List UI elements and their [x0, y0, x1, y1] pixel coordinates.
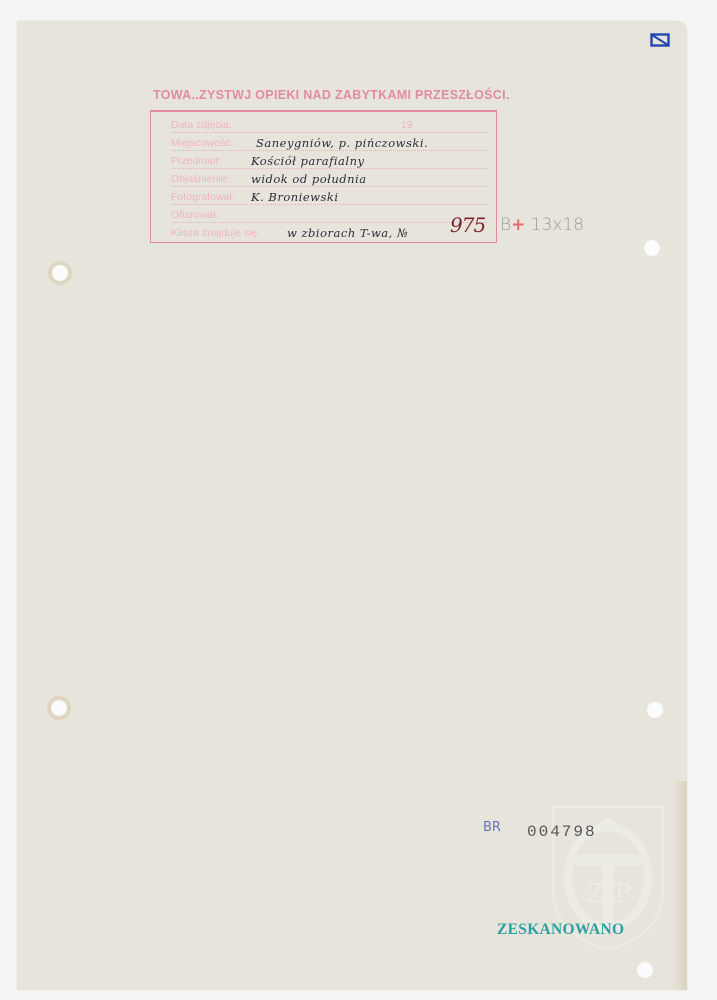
field-label-description: Objaśnienie:: [171, 173, 229, 185]
stamp-row-photographer: Fotografował: K. Broniewski: [171, 188, 488, 205]
punch-hole-right-bottom: [637, 962, 653, 978]
pencil-annotation: B+ 13x18: [500, 215, 584, 235]
punch-hole-left-bottom: [51, 700, 67, 716]
negative-number: 975: [450, 213, 485, 237]
svg-text:P: P: [614, 879, 632, 909]
stamp-row-place: Miejscowość: Saneygniów, p. pińczowski.: [171, 134, 488, 151]
field-label-photographer: Fotografował:: [171, 191, 235, 203]
inventory-prefix: BR: [483, 820, 501, 835]
punch-hole-left-top: [52, 265, 68, 281]
pencil-prefix: B: [500, 215, 511, 235]
stamp-row-date: Data zdjęcia: 19: [171, 116, 488, 133]
svg-text:Z: Z: [586, 879, 604, 909]
field-label-subject: Przedmiot:: [171, 155, 221, 167]
society-stamp-header: TOWA..ZYSTWJ OPIEKI NAD ZABYTKAMI PRZESZ…: [153, 88, 513, 102]
document-card: TOWA..ZYSTWJ OPIEKI NAD ZABYTKAMI PRZESZ…: [17, 21, 687, 990]
field-value-negative: w zbiorach T-wa, №: [287, 226, 408, 240]
field-value-place: Saneygniów, p. pińczowski.: [256, 136, 428, 150]
stamp-row-donor: Ofiarował:: [171, 206, 488, 223]
field-label-place: Miejscowość:: [171, 137, 233, 149]
red-plus-mark: +: [511, 215, 525, 235]
punch-hole-right-top: [644, 240, 660, 256]
field-label-donor: Ofiarował:: [171, 209, 218, 221]
inventory-number: 004798: [527, 823, 597, 841]
scanned-stamp: ZESKANOWANO: [497, 921, 624, 939]
field-value-subject: Kościół parafialny: [251, 154, 364, 168]
field-value-photographer: K. Broniewski: [251, 190, 339, 204]
field-label-date: Data zdjęcia:: [171, 119, 232, 131]
punch-hole-right-middle: [647, 702, 663, 718]
society-stamp-box: Data zdjęcia: 19 Miejscowość: Saneygniów…: [150, 110, 497, 243]
field-label-negative: Klisza znajduje się:: [171, 227, 260, 239]
corner-box-mark-icon: [650, 33, 670, 47]
field-value-description: widok od południa: [251, 172, 367, 186]
stamp-row-subject: Przedmiot: Kościół parafialny: [171, 152, 488, 169]
stamp-row-negative: Klisza znajduje się: w zbiorach T-wa, №: [171, 224, 488, 240]
pencil-size: 13x18: [531, 215, 584, 235]
stamp-row-description: Objaśnienie: widok od południa: [171, 170, 488, 187]
field-year-suffix: 19: [401, 119, 413, 131]
